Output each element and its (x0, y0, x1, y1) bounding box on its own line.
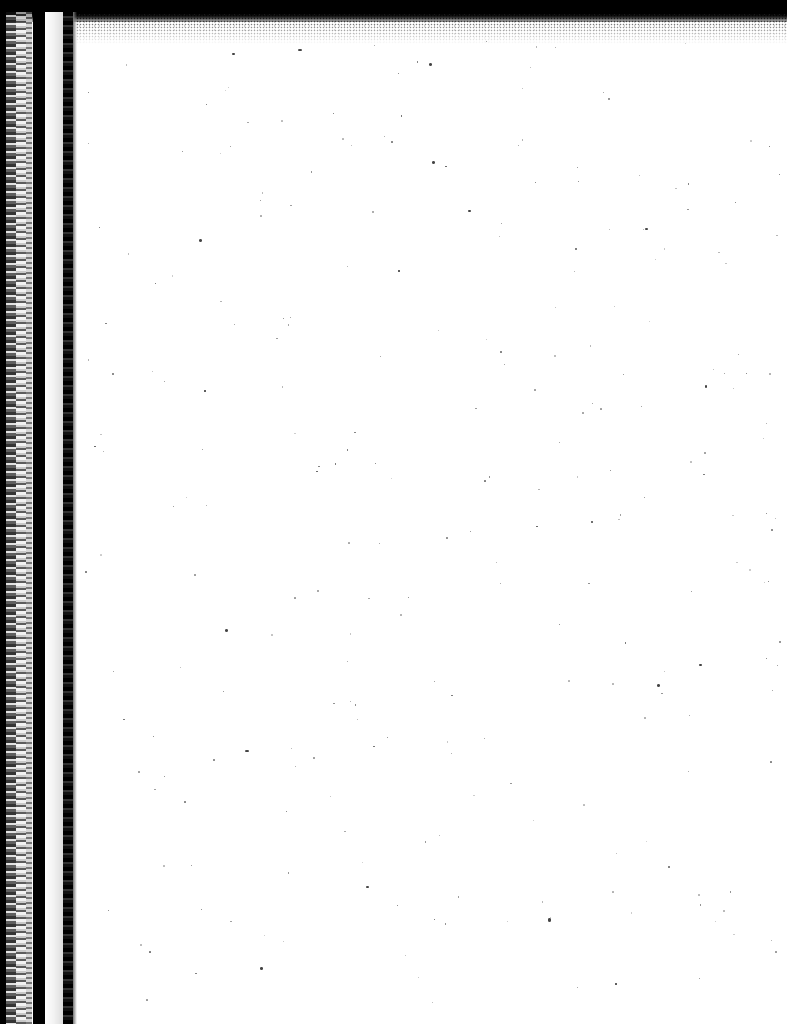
speckle (645, 228, 648, 230)
speckle (608, 98, 609, 99)
speckle (223, 691, 224, 692)
speckle (689, 715, 690, 716)
speckle (220, 301, 221, 302)
speckle (705, 385, 707, 387)
binding-stripe (6, 12, 16, 1024)
speckle (313, 757, 315, 759)
speckle (769, 373, 771, 375)
speckle (749, 569, 750, 570)
speckle (530, 67, 531, 68)
speckle (771, 529, 773, 531)
speckle (348, 542, 350, 544)
speckle (590, 345, 591, 346)
speckle (333, 113, 334, 114)
speckle (112, 373, 113, 374)
speckle (574, 271, 575, 272)
speckle (199, 239, 202, 242)
speckle (770, 761, 772, 763)
speckle (484, 738, 485, 739)
speckle (625, 642, 626, 643)
speckle (398, 270, 401, 272)
speckle (99, 227, 100, 228)
speckle (108, 910, 110, 912)
speckle (643, 229, 644, 230)
speckle (291, 748, 292, 749)
speckle (333, 703, 334, 704)
binding-stripe (16, 12, 26, 1024)
speckle (282, 386, 284, 388)
binding-stripe (26, 12, 32, 1024)
speckle (204, 390, 206, 391)
speckle (775, 518, 777, 520)
speckle (372, 211, 373, 212)
speckle (225, 629, 228, 632)
speckle (294, 597, 296, 599)
speckle (733, 934, 734, 935)
speckle (425, 841, 426, 842)
speckle (88, 92, 89, 93)
speckle (776, 235, 778, 237)
speckle (366, 886, 369, 888)
speckle (600, 408, 602, 410)
speckle (288, 324, 289, 325)
speckle (688, 771, 689, 772)
speckle (232, 53, 234, 55)
speckle (769, 146, 770, 147)
speckle (100, 554, 102, 556)
speckle (568, 680, 570, 682)
speckle (105, 323, 107, 325)
speckle (163, 865, 165, 867)
speckle (351, 145, 352, 146)
speckle (764, 582, 765, 583)
speckle (616, 853, 617, 854)
speckle (588, 583, 590, 585)
speckle (775, 951, 777, 953)
speckle (408, 597, 409, 598)
speckle (484, 480, 486, 482)
speckle (496, 562, 497, 563)
speckle (417, 61, 418, 62)
speckle (206, 104, 207, 105)
speckle (260, 215, 262, 217)
speckle (779, 174, 780, 175)
speckle (554, 355, 555, 356)
scanned-page (0, 0, 787, 1024)
speckle (766, 658, 768, 660)
speckle (713, 369, 714, 370)
speckle (347, 661, 348, 662)
speckle (779, 641, 780, 642)
speckle (644, 717, 646, 719)
speckle (763, 438, 764, 439)
speckle (555, 47, 556, 48)
speckle (317, 590, 318, 591)
speckle (128, 253, 129, 254)
speckle (194, 574, 196, 576)
speckle (698, 894, 700, 896)
speckle (316, 471, 318, 472)
book-binding-shadow (0, 12, 80, 1024)
speckle (88, 143, 89, 144)
speckle (245, 750, 248, 752)
speckle (330, 796, 331, 797)
speckle (276, 338, 277, 339)
speckle (391, 141, 393, 143)
speckle (548, 918, 551, 921)
speckle (730, 891, 731, 892)
speckle (138, 771, 140, 773)
speckle (750, 140, 752, 142)
speckle (318, 466, 319, 467)
speckle (295, 766, 296, 767)
speckle (180, 667, 181, 668)
binding-stripe (45, 12, 63, 1024)
speckle (499, 236, 500, 237)
speckle (771, 940, 772, 941)
speckle (374, 45, 376, 47)
speckle (342, 138, 344, 140)
speckle (230, 921, 231, 922)
speckle (164, 776, 165, 777)
speckle (149, 951, 151, 953)
speckle (354, 432, 355, 433)
speckle (94, 446, 96, 447)
speckle (777, 665, 779, 667)
speckle (746, 373, 747, 374)
speckle (575, 248, 576, 249)
speckle (283, 941, 284, 942)
speckle (688, 183, 689, 184)
speckle (612, 891, 614, 893)
speckle (140, 944, 142, 946)
binding-stripe (63, 12, 73, 1024)
speckle (468, 210, 471, 213)
speckle (536, 46, 538, 48)
speckle (768, 581, 769, 582)
speckle (555, 307, 556, 308)
speckle (100, 434, 101, 435)
binding-stripe (73, 12, 77, 1024)
speckle (609, 229, 610, 230)
speckle (298, 49, 301, 51)
speckle (578, 181, 579, 182)
speckle (271, 634, 273, 636)
scan-top-edge-noise (76, 14, 787, 44)
speckle (375, 463, 376, 464)
speckle (432, 1002, 433, 1003)
speckle (146, 999, 148, 1001)
speckle (489, 476, 491, 478)
speckle (583, 804, 585, 806)
speckle (704, 452, 706, 454)
speckle (85, 571, 87, 573)
speckle (620, 514, 622, 516)
speckle (103, 451, 104, 452)
speckle (350, 633, 352, 635)
speckle (690, 461, 692, 463)
speckle (615, 983, 617, 984)
speckle (500, 351, 502, 353)
speckle (391, 478, 392, 479)
speckle (766, 423, 767, 424)
speckle (88, 359, 89, 360)
speckle (213, 759, 215, 761)
speckle (766, 513, 767, 514)
page-content (110, 60, 750, 1000)
speckle (772, 690, 773, 691)
speckle (184, 801, 186, 803)
speckle (400, 614, 402, 616)
speckle (668, 866, 670, 868)
speckle (451, 695, 452, 696)
speckle (290, 317, 291, 318)
binding-stripe (33, 12, 45, 1024)
speckle (288, 872, 290, 874)
speckle (228, 87, 229, 88)
